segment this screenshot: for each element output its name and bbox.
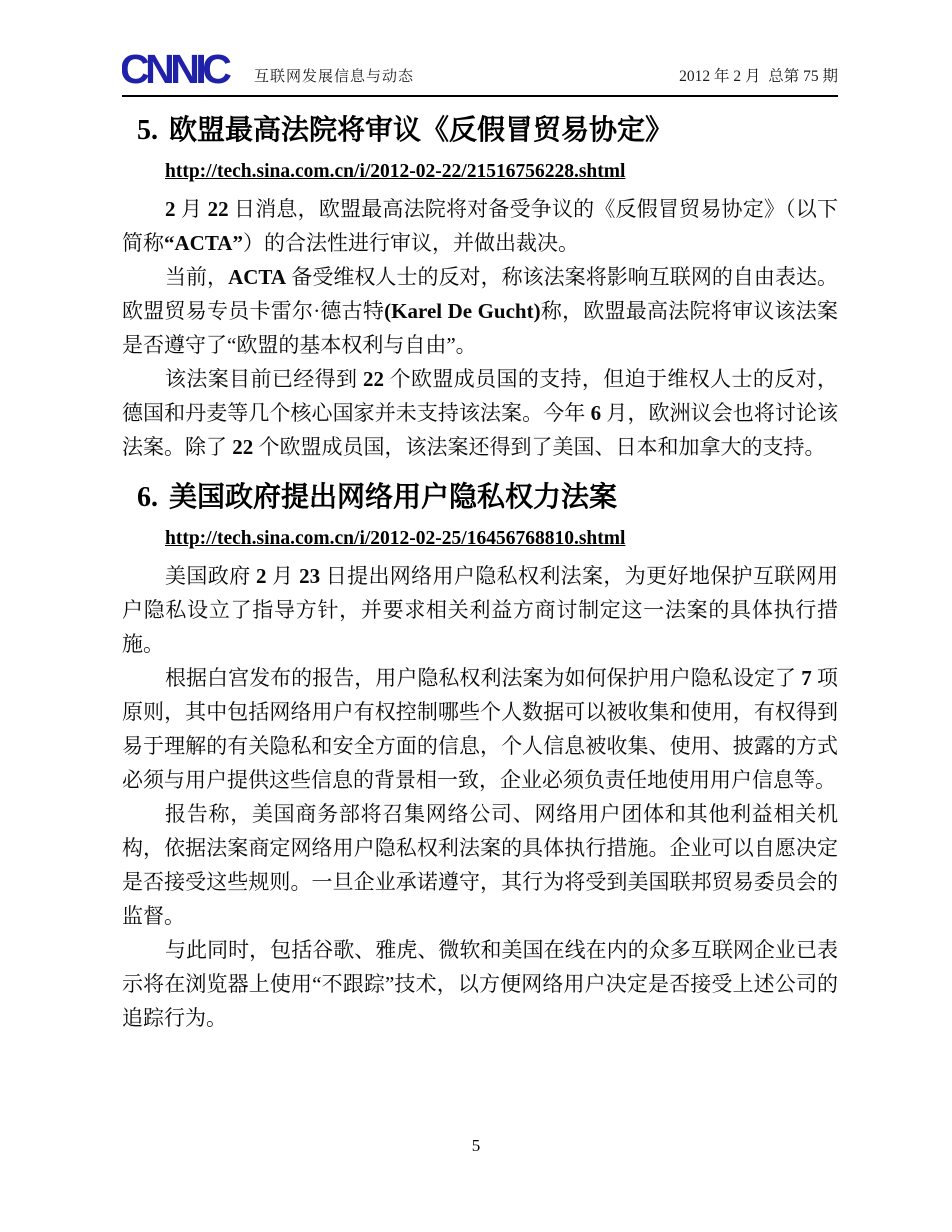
issue-date: 2012 年 2 月 总第 75 期	[679, 64, 838, 90]
section-number: 5.	[137, 115, 158, 146]
text-run: 美国政府	[165, 564, 256, 588]
header-divider	[122, 95, 838, 97]
text-run: 个欧盟成员国，该法案还得到了美国、日本和加拿大的支持。	[253, 435, 825, 459]
text-run-bold: 22	[232, 435, 253, 459]
news-section-6: 6.美国政府提出网络用户隐私权力法案http://tech.sina.com.c…	[122, 480, 838, 1035]
document-page: CNNIC 互联网发展信息与动态 2012 年 2 月 总第 75 期 5.欧盟…	[0, 0, 952, 1232]
text-run-bold: 2	[165, 197, 176, 221]
section-title-text: 美国政府提出网络用户隐私权力法案	[169, 481, 617, 512]
text-run: 当前，	[165, 265, 228, 289]
paragraph: 当前，ACTA 备受维权人士的反对，称该法案将影响互联网的自由表达。欧盟贸易专员…	[122, 260, 838, 362]
source-url-link[interactable]: http://tech.sina.com.cn/i/2012-02-22/215…	[165, 160, 625, 184]
text-run: 月	[176, 197, 208, 221]
text-run-bold: ACTA	[228, 265, 286, 289]
paragraph: 根据白宫发布的报告，用户隐私权利法案为如何保护用户隐私设定了 7 项原则，其中包…	[122, 661, 838, 797]
text-run: 月	[267, 564, 300, 588]
section-number: 6.	[137, 482, 158, 513]
news-section-5: 5.欧盟最高法院将审议《反假冒贸易协定》http://tech.sina.com…	[122, 113, 838, 464]
text-run-bold: 22	[208, 197, 229, 221]
text-run: 与此同时，包括谷歌、雅虎、微软和美国在线在内的众多互联网企业已表示将在浏览器上使…	[122, 938, 838, 1030]
text-run-bold: 22	[363, 367, 384, 391]
text-run: ）的合法性进行审议，并做出裁决。	[243, 231, 579, 255]
text-run: 该法案目前已经得到	[165, 367, 363, 391]
text-run-bold: 7	[801, 666, 812, 690]
page-number: 5	[0, 1136, 952, 1156]
text-run-bold: 23	[299, 564, 320, 588]
text-run-bold: 6	[591, 401, 602, 425]
text-run-bold: “ACTA”	[164, 231, 243, 255]
paragraph: 2 月 22 日消息，欧盟最高法院将对备受争议的《反假冒贸易协定》（以下简称“A…	[122, 192, 838, 260]
section-title-text: 欧盟最高法院将审议《反假冒贸易协定》	[169, 114, 673, 145]
section-title: 6.美国政府提出网络用户隐私权力法案	[137, 480, 838, 515]
paragraph: 美国政府 2 月 23 日提出网络用户隐私权利法案，为更好地保护互联网用户隐私设…	[122, 559, 838, 661]
text-run-bold: 2	[256, 564, 267, 588]
paragraph: 报告称，美国商务部将召集网络公司、网络用户团体和其他利益相关机构，依据法案商定网…	[122, 797, 838, 933]
cnnic-logo: CNNIC	[122, 48, 242, 90]
source-url-link[interactable]: http://tech.sina.com.cn/i/2012-02-25/164…	[165, 527, 625, 551]
header-tagline: 互联网发展信息与动态	[254, 65, 414, 90]
text-run-bold: (Karel De Gucht)	[384, 299, 540, 323]
page-header: CNNIC 互联网发展信息与动态 2012 年 2 月 总第 75 期	[122, 48, 838, 90]
paragraph: 与此同时，包括谷歌、雅虎、微软和美国在线在内的众多互联网企业已表示将在浏览器上使…	[122, 933, 838, 1035]
cnnic-logo-text: CNNIC	[122, 48, 231, 90]
paragraph: 该法案目前已经得到 22 个欧盟成员国的支持，但迫于维权人士的反对，德国和丹麦等…	[122, 362, 838, 464]
document-body: 5.欧盟最高法院将审议《反假冒贸易协定》http://tech.sina.com…	[122, 113, 838, 1035]
text-run: 根据白宫发布的报告，用户隐私权利法案为如何保护用户隐私设定了	[165, 666, 801, 690]
text-run: 报告称，美国商务部将召集网络公司、网络用户团体和其他利益相关机构，依据法案商定网…	[122, 802, 838, 928]
section-title: 5.欧盟最高法院将审议《反假冒贸易协定》	[137, 113, 838, 148]
cnnic-logo-icon: CNNIC	[122, 48, 242, 90]
